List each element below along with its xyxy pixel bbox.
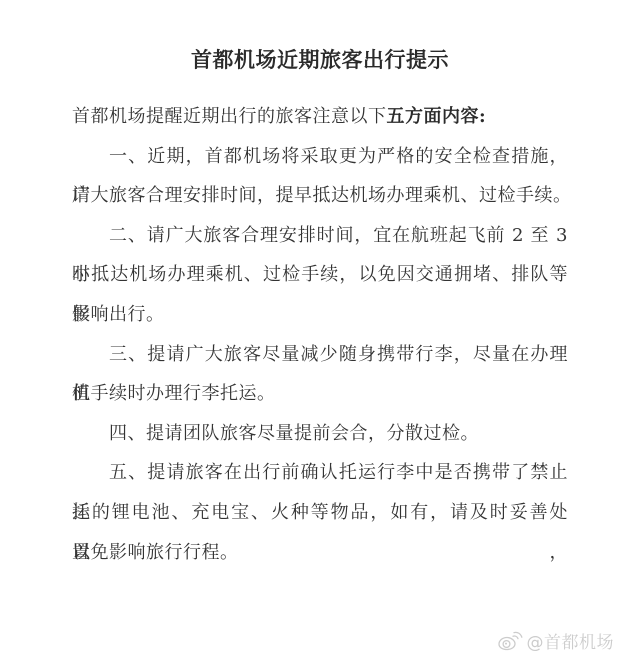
body-line: 影响出行。 <box>72 295 568 335</box>
body-line: 四、提请团队旅客尽量提前会合，分散过检。 <box>72 414 568 454</box>
page-title: 首都机场近期旅客出行提示 <box>0 44 640 74</box>
watermark-text: @首都机场 <box>527 628 615 653</box>
body-line: 时抵达机场办理乘机、过检手续，以免因交通拥堵、排队等候 <box>72 255 568 295</box>
body-line: 五、提请旅客在出行前确认托运行李中是否携带了禁止托 <box>72 453 568 493</box>
document-body: 首都机场提醒近期出行的旅客注意以下五方面内容: 一、近期，首都机场将采取更为严格… <box>72 97 568 572</box>
body-line: 运的锂电池、充电宝、火种等物品，如有，请及时妥善处置， <box>72 493 568 533</box>
intro-text: 首都机场提醒近期出行的旅客注意以下 <box>72 106 387 127</box>
body-line: 二、请广大旅客合理安排时间，宜在航班起飞前 2 至 3 小 <box>72 216 568 256</box>
intro-bold-text: 五方面内容: <box>387 106 487 127</box>
intro-line: 首都机场提醒近期出行的旅客注意以下五方面内容: <box>72 97 568 137</box>
body-line: 一、近期，首都机场将采取更为严格的安全检查措施，请 <box>72 137 568 177</box>
watermark: @首都机场 <box>497 628 615 653</box>
notice-document: 首都机场近期旅客出行提示 首都机场提醒近期出行的旅客注意以下五方面内容: 一、近… <box>0 0 640 659</box>
weibo-icon <box>497 630 523 652</box>
body-line: 机手续时办理行李托运。 <box>72 374 568 414</box>
body-line: 三、提请广大旅客尽量减少随身携带行李，尽量在办理值 <box>72 335 568 375</box>
body-line: 广大旅客合理安排时间，提早抵达机场办理乘机、过检手续。 <box>72 176 568 216</box>
